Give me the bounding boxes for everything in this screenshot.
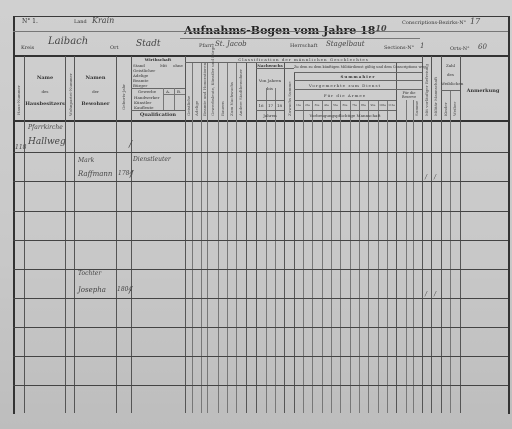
weiblich-title-2: des — [441, 72, 460, 77]
row-1-mark: / — [129, 140, 132, 150]
row-line — [13, 181, 508, 182]
classification-title: Classification der männlichen Geschlecht… — [185, 57, 422, 62]
sections-label: Sections-N° — [384, 45, 414, 51]
age-footer: Vorbeugungspflichtige Mannschaft — [294, 113, 396, 118]
gewerbe-title: Gewerbe — [131, 89, 163, 94]
col-divider — [359, 100, 360, 413]
row-6-resident-2: Josepha — [78, 286, 106, 294]
age-col: 4te — [322, 103, 331, 107]
owner-header-3: Hausbesitzers — [25, 101, 65, 107]
age-col: 3te — [312, 103, 322, 107]
row-6-mark-a: / — [425, 291, 427, 298]
col-divider — [207, 62, 208, 413]
row-2-qualification: Dienstleuter — [133, 156, 171, 163]
age-18: 18 — [275, 103, 284, 108]
class-col-gewerbe: Gewerbsleute, Künstler und Bürger — [210, 64, 215, 116]
armee-title: Für die Armee — [294, 93, 396, 98]
qualification-bottom-line — [131, 110, 185, 111]
age-col: 8te — [359, 103, 368, 107]
age-col: 10te — [378, 103, 387, 107]
col-divider — [340, 100, 341, 413]
class-col-adelige: Adelige — [194, 78, 199, 116]
col-divider — [284, 62, 285, 413]
owner-header-2: des — [25, 89, 65, 94]
col-divider — [406, 100, 407, 413]
class-col-beamte: Beamte und Honoratioren — [202, 72, 207, 116]
summe-col: Summe — [414, 100, 419, 116]
weiblich-title-1: Zahl — [441, 63, 460, 68]
resident-header-1: Namen — [75, 75, 116, 81]
col-divider — [322, 100, 323, 413]
row-line — [13, 211, 508, 212]
row-6-mark-b: / — [434, 291, 436, 298]
col-divider — [378, 100, 379, 413]
row-2-mark-b: / — [434, 174, 436, 181]
age-col: 7te — [350, 103, 359, 107]
sections-value: 1 — [420, 42, 424, 50]
weiblich-line — [441, 90, 460, 91]
militaer-line — [294, 80, 422, 81]
row-line — [13, 385, 508, 386]
col-divider — [236, 62, 237, 413]
haus-nummer-header: Haus-Nummer — [16, 75, 21, 115]
geburtsjahr-header: Geburts-Jahr — [121, 80, 126, 110]
row-line — [13, 356, 508, 357]
col-divider — [218, 62, 219, 413]
summe-line — [294, 72, 422, 73]
herrschaft-label: Herrschaft — [290, 43, 318, 49]
resident-header-2: der — [75, 89, 116, 94]
col-divider — [246, 62, 247, 413]
orts-label: Orts-N° — [450, 46, 470, 52]
kreis-value: Laibach — [48, 36, 88, 47]
row-line — [13, 152, 508, 153]
militaer-mannschaft-col: Militär Mannschaft — [433, 64, 438, 116]
armee-line — [294, 89, 422, 90]
row-1-owner-1: Pfarrkirche — [28, 124, 63, 131]
col-divider — [65, 56, 66, 413]
qual-sub-header: Mit — [160, 63, 167, 68]
qual-sub-header: ohne — [173, 63, 183, 68]
title-underline — [180, 38, 420, 39]
zuwachs-col: Zuwachs Summe — [287, 82, 292, 116]
row-line — [13, 240, 508, 241]
class-col-bauern: Bauern — [220, 80, 225, 116]
age-cols-bottom — [294, 110, 396, 111]
col-divider — [460, 56, 461, 413]
kreis-label: Kreis — [21, 45, 34, 51]
summe-title: Summahier — [294, 74, 422, 79]
col-divider — [368, 100, 369, 413]
col-divider — [275, 88, 276, 413]
row-2-mark: / — [130, 170, 133, 180]
classification-title-line — [185, 62, 422, 63]
owner-header-1: Name — [25, 75, 65, 81]
ages-line — [256, 100, 284, 101]
nachwuchs-sub-2: bis — [256, 86, 284, 91]
nachwuchs-sub-1: Von Jahren — [256, 78, 284, 83]
weiblich-col-kinder: Kinder — [443, 100, 448, 116]
age-16: 16 — [256, 103, 266, 108]
ages-bottom-line — [256, 110, 284, 111]
row-line — [13, 327, 508, 328]
col-divider — [294, 72, 295, 413]
col-divider — [431, 56, 432, 413]
col-divider — [74, 56, 75, 413]
col-divider — [331, 100, 332, 413]
orts-value: 60 — [478, 43, 487, 51]
class-col-geistliche: Geistliche — [186, 78, 191, 116]
befreiung-col: Mit vorläufiger Befreiung — [424, 60, 429, 116]
col-divider — [441, 56, 442, 413]
sheet-number: N° 1. — [22, 19, 38, 25]
pfarr-value: St. Jacob — [215, 40, 247, 48]
wirthschaft-title: Wirthschaft — [131, 57, 185, 62]
col-divider — [227, 62, 228, 413]
qual-row: Bürger — [133, 83, 147, 88]
age-17: 17 — [266, 103, 275, 108]
gewerbe-row: Kaufleute — [134, 105, 154, 110]
age-col: 6te — [340, 103, 350, 107]
herrschaft-value: Stagelbaut — [326, 40, 365, 48]
col-divider — [312, 100, 313, 413]
col-divider — [303, 100, 304, 413]
anmerkung-header: Anmerkung — [460, 88, 506, 94]
table-header-bottom — [13, 120, 508, 122]
land-value: Krain — [92, 16, 114, 25]
age-col: 11te — [387, 103, 396, 107]
age-col: 5te — [331, 103, 340, 107]
qualification-footer: Qualification — [131, 112, 185, 118]
col-divider — [387, 100, 388, 413]
header-divider — [13, 31, 508, 32]
ort-value: Stadt — [136, 39, 161, 49]
col-divider — [350, 100, 351, 413]
row-1-haus-nr: 118 — [15, 144, 26, 151]
ab-divider — [174, 88, 175, 110]
conscription-value: 17 — [470, 17, 480, 26]
conscription-label: Conscriptions-Bezirks-N° — [402, 20, 466, 26]
row-2-resident-1: Mark — [78, 157, 94, 164]
row-2-mark-a: / — [425, 174, 427, 181]
age-cols-line — [294, 100, 396, 101]
col-divider — [266, 88, 267, 413]
row-6-resident-1: Tochter — [78, 270, 101, 277]
nachwuchs-footer: Jahren — [256, 113, 284, 118]
ab-divider — [163, 88, 164, 110]
col-divider — [413, 100, 414, 413]
nachwuchs-line — [256, 68, 294, 69]
col-divider — [450, 90, 451, 413]
ab-label-b: B. — [177, 89, 181, 94]
militaer-title: Vorgemerkte zum Dienst — [294, 83, 396, 88]
age-col: 2te — [303, 103, 312, 107]
wohnpartei-header: Wohnpartei-Nummer — [68, 68, 73, 116]
row-2-resident-2: Raffmann — [78, 170, 112, 178]
reserve-title: Für die Reserve — [396, 91, 422, 99]
class-col-nachwuchs: Zum Nachwuchs — [229, 72, 234, 116]
weiblich-col-weiber: Weiber — [452, 100, 457, 116]
bestimmung-title: Zu dem zu dem künftigen Militärdienst gü… — [294, 65, 422, 69]
age-col: 9te — [368, 103, 378, 107]
col-divider — [24, 56, 25, 413]
age-col: 1te — [294, 103, 303, 107]
row-line — [13, 298, 508, 299]
col-divider — [422, 56, 423, 413]
land-label: Land — [74, 19, 87, 25]
weiblich-title-3: Weiblichen — [441, 81, 460, 86]
ab-label-a: A. — [166, 89, 170, 94]
col-divider — [116, 56, 117, 413]
nachwuchs-title: Nachwuchs — [256, 63, 284, 68]
col-divider — [396, 62, 397, 413]
col-divider — [192, 62, 193, 413]
class-col-andere: Andere Stadtbewohner — [238, 68, 243, 116]
resident-header-3: Bewohner — [75, 101, 116, 107]
ort-label: Ort — [110, 45, 119, 51]
row-1-owner-2: Hallweg — [28, 137, 66, 147]
row-6-mark: / — [129, 286, 132, 296]
